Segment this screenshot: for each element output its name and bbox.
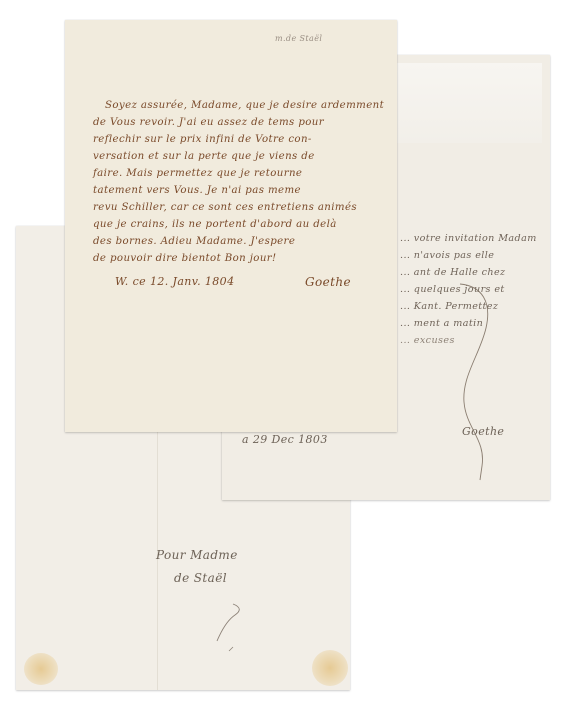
paper-plate-mark: [392, 63, 542, 143]
letter-line: ... n'avois pas elle: [400, 250, 494, 261]
wax-seal-stain-left: [24, 653, 58, 685]
letter-line: versation et sur la perte que je viens d…: [93, 151, 315, 162]
signature-flourish: [452, 280, 512, 490]
letter-line: ... excuses: [400, 335, 455, 346]
second-letter-dateline: a 29 Dec 1803: [242, 433, 328, 446]
letter-line: de Vous revoir. J'ai eu assez de tems po…: [93, 117, 324, 128]
second-letter-signature: Goethe: [462, 425, 504, 438]
letter-line: tatement vers Vous. Je n'ai pas meme: [93, 185, 301, 196]
letter-line: ... votre invitation Madam: [400, 233, 537, 244]
letter-line: ... ant de Halle chez: [400, 267, 506, 278]
top-annotation: m.de Staël: [275, 34, 322, 43]
letter-line: de pouvoir dire bientot Bon jour!: [93, 253, 277, 264]
letter-line: que je crains, ils ne portent d'abord au…: [93, 219, 337, 230]
main-letter-dateline: W. ce 12. Janv. 1804: [115, 275, 234, 288]
letter-line: Soyez assurée, Madame, que je desire ard…: [105, 100, 384, 111]
letter-line: faire. Mais permettez que je retourne: [93, 168, 302, 179]
letter-line: revu Schiller, car ce sont ces entretien…: [93, 202, 357, 213]
address-line-1: Pour Madme: [156, 548, 238, 562]
address-line-2: de Staël: [174, 571, 227, 585]
letter-line: reflechir sur le prix infini de Votre co…: [93, 134, 312, 145]
address-flourish: [211, 601, 271, 661]
main-letter-sheet: m.de Staël Soyez assurée, Madame, que je…: [65, 20, 397, 432]
wax-seal-stain-right: [312, 650, 348, 686]
letter-line: des bornes. Adieu Madame. J'espere: [93, 236, 295, 247]
main-letter-signature: Goethe: [305, 275, 351, 289]
